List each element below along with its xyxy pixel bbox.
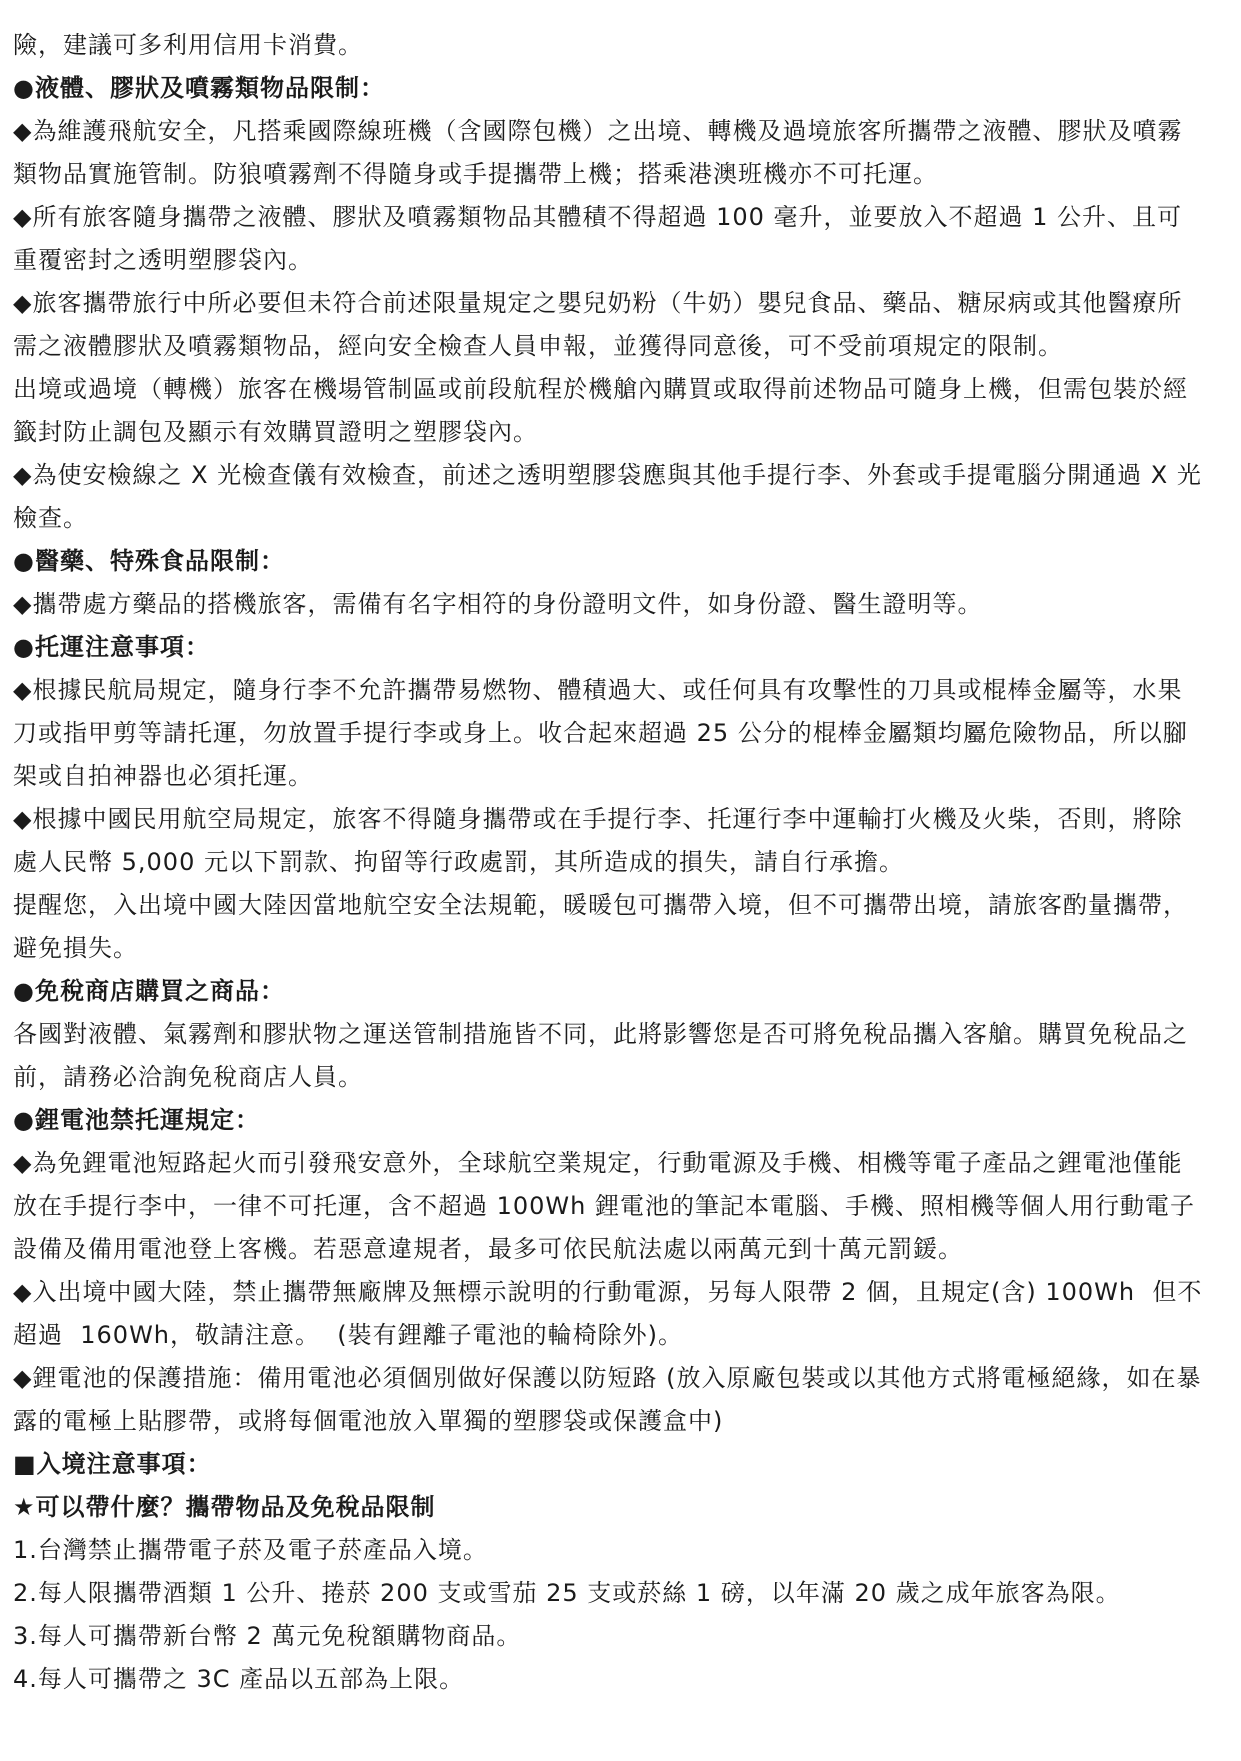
para-liquids-duty-free-sealed-bag: 出境或過境（轉機）旅客在機場管制區或前段航程於機艙內購買或取得前述物品可隨身上機… (13, 368, 1207, 454)
para-prescription-medicine-id: ◆攜帶處方藥品的搭機旅客，需備有名字相符的身份證明文件，如身份證、醫生證明等。 (13, 583, 1207, 626)
para-liquids-flight-safety: ◆為維護飛航安全，凡搭乘國際線班機（含國際包機）之出境、轉機及過境旅客所攜帶之液… (13, 110, 1207, 196)
para-lithium-battery-china-powerbank: ◆入出境中國大陸，禁止攜帶無廠牌及無標示說明的行動電源，另每人限帶 2 個，且規… (13, 1271, 1207, 1357)
para-checked-baggage-warmer-packs: 提醒您，入出境中國大陸因當地航空安全法規範，暖暖包可攜帶入境，但不可攜帶出境，請… (13, 884, 1207, 970)
heading-medicine-special-food-limit: ●醫藥、特殊食品限制： (13, 540, 1207, 583)
heading-liquids-gels-aerosols-limit: ●液體、膠狀及噴霧類物品限制： (13, 67, 1207, 110)
heading-lithium-battery-rules: ●鋰電池禁托運規定： (13, 1099, 1207, 1142)
para-checked-baggage-caa-rules: ◆根據民航局規定，隨身行李不允許攜帶易燃物、體積過大、或任何具有攻擊性的刀具或棍… (13, 669, 1207, 798)
list-item-ecigarette-ban: 1.台灣禁止攜帶電子菸及電子菸產品入境。 (13, 1529, 1207, 1572)
para-checked-baggage-china-lighters: ◆根據中國民用航空局規定，旅客不得隨身攜帶或在手提行李、托運行李中運輸打火機及火… (13, 798, 1207, 884)
para-liquids-exemptions: ◆旅客攜帶旅行中所必要但未符合前述限量規定之嬰兒奶粉（牛奶）嬰兒食品、藥品、糖尿… (13, 282, 1207, 368)
list-item-3c-products-limit: 4.每人可攜帶之 3C 產品以五部為上限。 (13, 1658, 1207, 1701)
para-lithium-battery-protection: ◆鋰電池的保護措施：備用電池必須個別做好保護以防短路 (放入原廠包裝或以其他方式… (13, 1357, 1207, 1443)
list-item-ntd-duty-free-amount: 3.每人可攜帶新台幣 2 萬元免稅額購物商品。 (13, 1615, 1207, 1658)
para-duty-free-country-rules: 各國對液體、氣霧劑和膠狀物之運送管制措施皆不同，此將影響您是否可將免稅品攜入客艙… (13, 1013, 1207, 1099)
heading-what-can-bring-duty-free-limit: ★可以帶什麼？攜帶物品及免稅品限制 (13, 1486, 1207, 1529)
heading-checked-baggage-notes: ●托運注意事項： (13, 626, 1207, 669)
para-liquids-xray-check: ◆為使安檢線之 X 光檢查儀有效檢查，前述之透明塑膠袋應與其他手提行李、外套或手… (13, 454, 1207, 540)
heading-duty-free-purchases: ●免稅商店購買之商品： (13, 970, 1207, 1013)
para-liquids-100ml-limit: ◆所有旅客隨身攜帶之液體、膠狀及噴霧類物品其體積不得超過 100 毫升，並要放入… (13, 196, 1207, 282)
document-page: 險，建議可多利用信用卡消費。 ●液體、膠狀及噴霧類物品限制： ◆為維護飛航安全，… (0, 0, 1241, 1761)
intro-credit-card-line: 險，建議可多利用信用卡消費。 (13, 24, 1207, 67)
para-lithium-battery-carry-on-only: ◆為免鋰電池短路起火而引發飛安意外，全球航空業規定，行動電源及手機、相機等電子產… (13, 1142, 1207, 1271)
heading-arrival-notes: ■入境注意事項： (13, 1443, 1207, 1486)
list-item-alcohol-tobacco-limit: 2.每人限攜帶酒類 1 公升、捲菸 200 支或雪茄 25 支或菸絲 1 磅，以… (13, 1572, 1207, 1615)
